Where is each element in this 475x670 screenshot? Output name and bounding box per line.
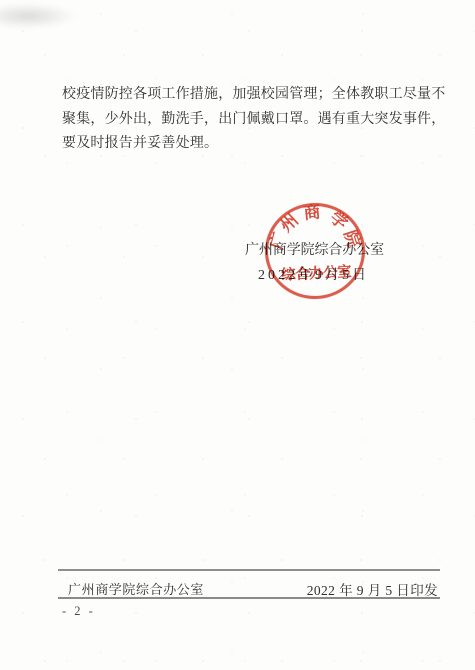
footer-issuer: 广州商学院综合办公室 <box>68 579 204 598</box>
body-line: 聚集，少外出，勤洗手，出门佩戴口罩。遇有重大突发事件， <box>62 108 447 133</box>
scanned-document-page: 校疫情防控各项工作措施，加强校园管理；全体教职工尽量不 聚集，少外出，勤洗手，出… <box>0 0 475 670</box>
page-number: - 2 - <box>62 604 95 619</box>
seal-arc-char: 商 <box>302 203 322 223</box>
footer-rule-bottom <box>58 597 440 599</box>
scan-smudge <box>0 4 74 28</box>
body-paragraph: 校疫情防控各项工作措施，加强校园管理；全体教职工尽量不 聚集，少外出，勤洗手，出… <box>62 83 447 157</box>
footer-rule-top <box>58 569 440 571</box>
body-line: 校疫情防控各项工作措施，加强校园管理；全体教职工尽量不 <box>62 83 447 108</box>
body-line: 要及时报告并妥善处理。 <box>62 132 447 157</box>
official-seal: 广 州 商 学 院 综合办公室 <box>263 200 368 301</box>
seal-title: 综合办公室 <box>281 260 352 285</box>
footer-print-date: 2022 年 9 月 5 日印发 <box>307 579 438 599</box>
